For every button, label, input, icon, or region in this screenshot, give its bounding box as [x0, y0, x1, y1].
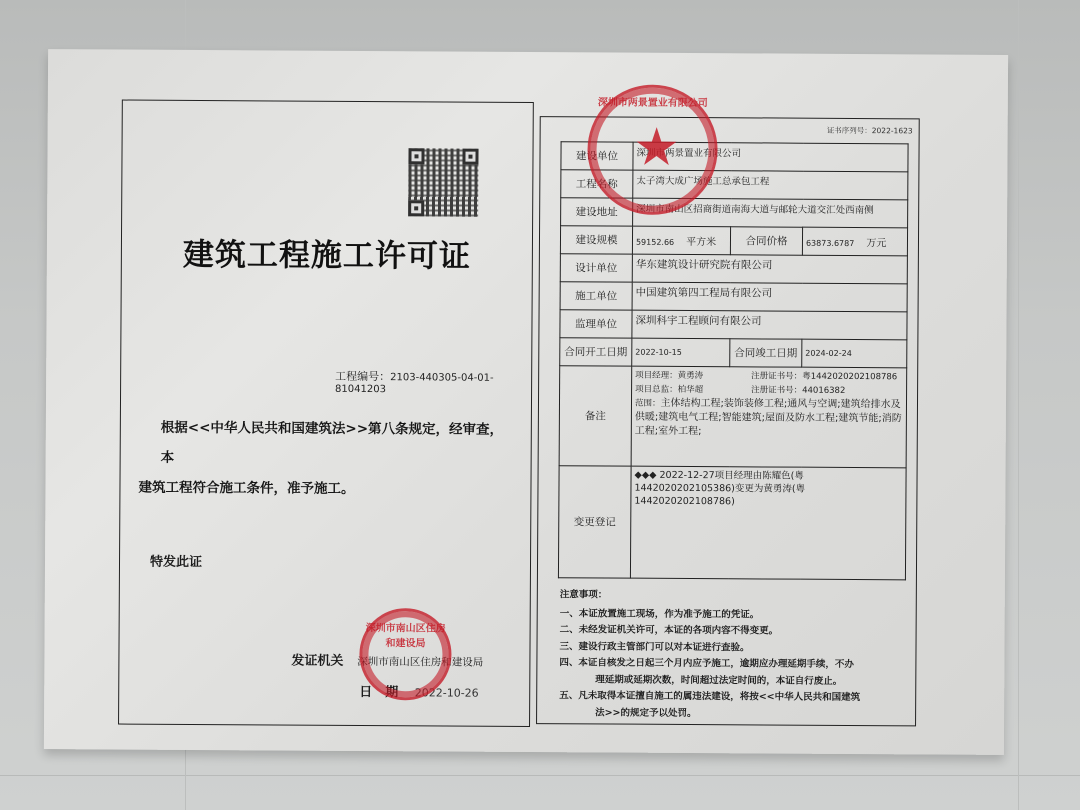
table-row: 设计单位 华东建筑设计研究院有限公司	[560, 254, 907, 284]
chief-label: 项目总监：	[635, 385, 678, 395]
change-record-label: 变更登记	[558, 466, 631, 578]
statement-line-2: 建筑工程符合施工条件，准予施工。	[138, 473, 508, 505]
contract-price-label: 合同价格	[730, 227, 802, 255]
caution-title: 注意事项：	[560, 587, 910, 606]
contract-price-unit: 万元	[866, 238, 886, 249]
caution-item: 法>>的规定予以处罚。	[559, 705, 909, 724]
supervisor-label: 监理单位	[560, 310, 632, 338]
notes-cell: 项目经理：黄勇涛注册证书号：粤1442020202108786 项目总监：柏华超…	[631, 366, 907, 468]
permit-info-table: 建设单位 深圳市两景置业有限公司 工程名称 太子湾大成广场施工总承包工程 建设地…	[558, 141, 909, 580]
scope-label: 范围：	[635, 399, 661, 409]
statement-line-1: 根据<<中华人民共和国建筑法>>第八条规定，经审查，本	[139, 413, 509, 475]
start-date-value: 2022-10-15	[632, 338, 730, 367]
qr-code[interactable]	[408, 148, 478, 216]
table-row: 监理单位 深圳科宇工程顾问有限公司	[560, 310, 907, 340]
scale-label: 建设规模	[560, 226, 632, 254]
supervisor-value: 深圳科宇工程顾问有限公司	[632, 310, 907, 340]
chief-value: 柏华超	[678, 385, 704, 395]
notes-label: 备注	[559, 366, 632, 466]
scale-cell: 59152.66平方米	[632, 226, 730, 255]
table-row: 备注 项目经理：黄勇涛注册证书号：粤1442020202108786 项目总监：…	[559, 366, 907, 468]
builder-value: 中国建筑第四工程局有限公司	[632, 282, 907, 312]
project-number-label: 工程编号：	[335, 370, 390, 383]
contract-price-cell: 63873.6787万元	[802, 227, 907, 256]
approval-statement: 根据<<中华人民共和国建筑法>>第八条规定，经审查，本 建筑工程符合施工条件，准…	[138, 413, 509, 505]
wall-tile-line	[0, 775, 1080, 776]
table-row: 变更登记 ◆◆◆ 2022-12-27项目经理由陈耀色(粤14420202021…	[558, 466, 906, 580]
permit-paper: 建筑工程施工许可证 工程编号：2103-440305-04-01-8104120…	[44, 49, 1008, 755]
contract-price-value: 63873.6787	[806, 239, 854, 248]
issuer-label: 发证机关	[291, 654, 343, 669]
chief-reg-value: 44016382	[802, 386, 845, 396]
wall-tile-line	[1018, 0, 1019, 810]
change-record-value: ◆◆◆ 2022-12-27项目经理由陈耀色(粤1442020202105386…	[630, 466, 906, 580]
document-title: 建筑工程施工许可证	[162, 229, 492, 276]
table-row: 施工单位 中国建筑第四工程局有限公司	[560, 282, 907, 312]
design-unit-label: 设计单位	[560, 254, 632, 282]
design-unit-value: 华东建筑设计研究院有限公司	[632, 254, 907, 284]
caution-item: 四、本证自核发之日起三个月内应予施工，逾期应办理延期手续，不办	[559, 655, 909, 674]
pm-value: 黄勇涛	[678, 371, 704, 381]
seal-text: 深圳市两景置业有限公司	[591, 93, 715, 109]
end-date-label: 合同竣工日期	[730, 339, 802, 367]
star-icon: ★	[628, 120, 684, 176]
scale-value: 59152.66	[636, 238, 674, 247]
chief-reg-label: 注册证书号：	[751, 385, 802, 395]
left-page: 建筑工程施工许可证 工程编号：2103-440305-04-01-8104120…	[118, 100, 534, 728]
scope-line: 范围：主体结构工程;装饰装修工程;通风与空调;建筑给排水及供暖;建筑电气工程;智…	[635, 397, 903, 441]
pm-label: 项目经理：	[635, 371, 678, 381]
caution-item: 二、未经发证机关许可，本证的各项内容不得变更。	[560, 622, 910, 641]
certificate-serial: 证书序列号：2022-1623	[827, 125, 913, 137]
scale-unit: 平方米	[686, 237, 716, 248]
scope-value: 主体结构工程;装饰装修工程;通风与空调;建筑给排水及供暖;建筑电气工程;智能建筑…	[635, 398, 902, 437]
table-row: 建设地址 深圳市南山区招商街道南海大道与邮轮大道交汇处西南侧	[561, 198, 908, 228]
start-date-text: 2022-10-15	[635, 348, 682, 357]
official-seal-stamp: 深圳市南山区住房和建设局	[359, 608, 452, 701]
pm-reg-value: 粤1442020202108786	[802, 372, 897, 383]
table-row: 建设规模 59152.66平方米 合同价格 63873.6787万元	[560, 226, 907, 256]
builder-label: 施工单位	[560, 282, 632, 310]
special-issue-text: 特发此证	[150, 551, 202, 570]
seal-text: 深圳市南山区住房和建设局	[362, 619, 448, 650]
caution-item: 五、凡未取得本证擅自施工的属违法建设，将按<<中华人民共和国建筑	[559, 688, 909, 707]
pm-reg-label: 注册证书号：	[751, 371, 802, 381]
end-date-text: 2024-02-24	[805, 349, 852, 358]
caution-notes: 注意事项： 一、本证放置施工现场，作为准予施工的凭证。 二、未经发证机关许可，本…	[559, 587, 910, 723]
end-date-value: 2024-02-24	[802, 339, 907, 368]
company-seal-stamp: ★ 深圳市两景置业有限公司	[587, 84, 718, 215]
table-row: 合同开工日期 2022-10-15 合同竣工日期 2024-02-24	[560, 338, 907, 368]
start-date-label: 合同开工日期	[560, 338, 632, 366]
right-page: 证书序列号：2022-1623 建设单位 深圳市两景置业有限公司 工程名称 太子…	[536, 116, 920, 726]
project-number: 工程编号：2103-440305-04-01-81041203	[335, 368, 531, 396]
